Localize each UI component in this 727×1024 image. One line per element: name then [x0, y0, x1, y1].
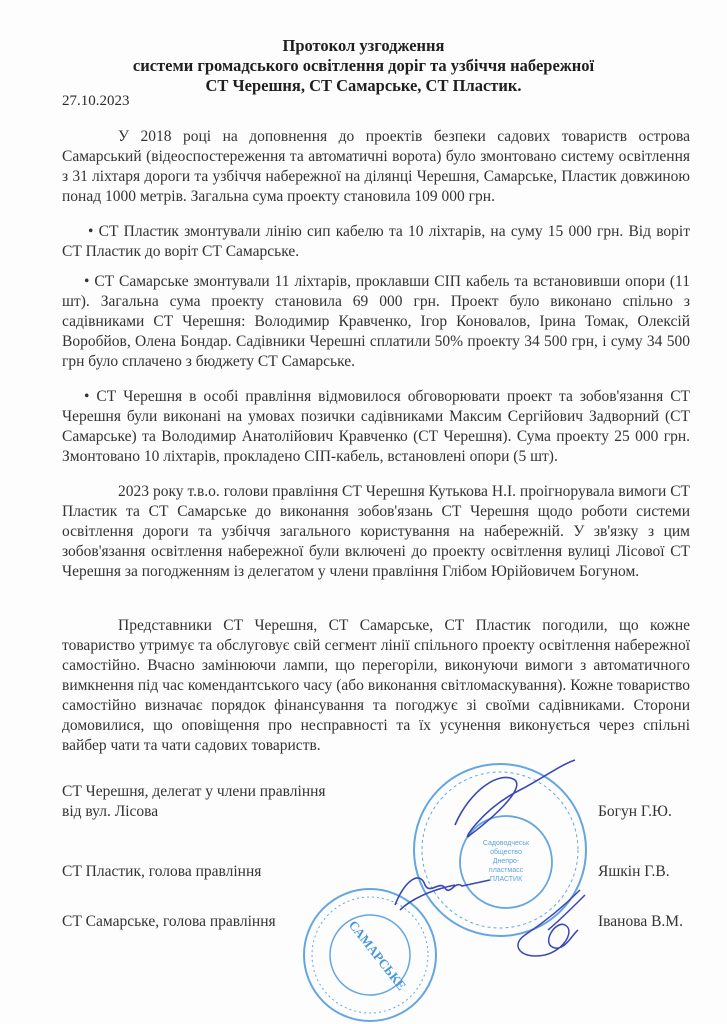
- paragraph-intro: У 2018 році на доповнення до проектів бе…: [62, 127, 690, 207]
- signature-name-chereshnia: Богун Г.Ю.: [598, 802, 672, 822]
- samarske-stamp-text: САМАРСЬКЕ: [346, 918, 410, 993]
- plastik-stamp-text-1: Садоводчеськ: [483, 840, 530, 847]
- paragraph-2023: 2023 року т.в.о. голови правління СТ Чер…: [62, 482, 690, 582]
- plastik-stamp-text-5: ПЛАСТИК: [490, 876, 523, 883]
- signature-ivanova-icon: [518, 890, 585, 956]
- signature-yashkin-icon: [395, 878, 490, 910]
- signature-role-chereshnia: СТ Черешня, делегат у члени правління: [62, 782, 326, 802]
- signature-name-samarske: Іванова В.М.: [598, 912, 683, 932]
- document-title-line-1: Протокол узгодження: [0, 36, 727, 56]
- document-title-line-2: системи громадського освітлення доріг та…: [0, 56, 727, 76]
- paragraph-samarske: • СТ Самарське змонтували 11 ліхтарів, п…: [62, 272, 690, 372]
- paragraph-agreement: Представники СТ Черешня, СТ Самарське, С…: [62, 616, 690, 756]
- plastik-stamp-text-4: пластмасс: [489, 867, 524, 874]
- signature-role-samarske: СТ Самарське, голова правління: [62, 912, 276, 932]
- paragraph-chereshnia: • СТ Черешня в особі правління відмовило…: [62, 387, 690, 467]
- plastik-stamp-text-2: обществo: [490, 848, 522, 856]
- signature-bogun-icon: [455, 760, 575, 837]
- document-date: 27.10.2023: [62, 93, 130, 110]
- plastik-stamp-icon: [414, 764, 586, 936]
- paragraph-plastik: • СТ Пластик змонтували лінію сип кабелю…: [62, 222, 690, 262]
- signature-role-chereshnia-line2: від вул. Лісова: [62, 802, 158, 822]
- signature-role-plastik: СТ Пластик, голова правління: [62, 862, 261, 882]
- document-page: Протокол узгодження системи громадського…: [0, 0, 727, 1024]
- plastik-stamp-text-3: Днепро-: [493, 858, 520, 865]
- samarske-stamp-icon: [304, 889, 436, 1021]
- signature-name-plastik: Яшкін Г.В.: [598, 862, 670, 882]
